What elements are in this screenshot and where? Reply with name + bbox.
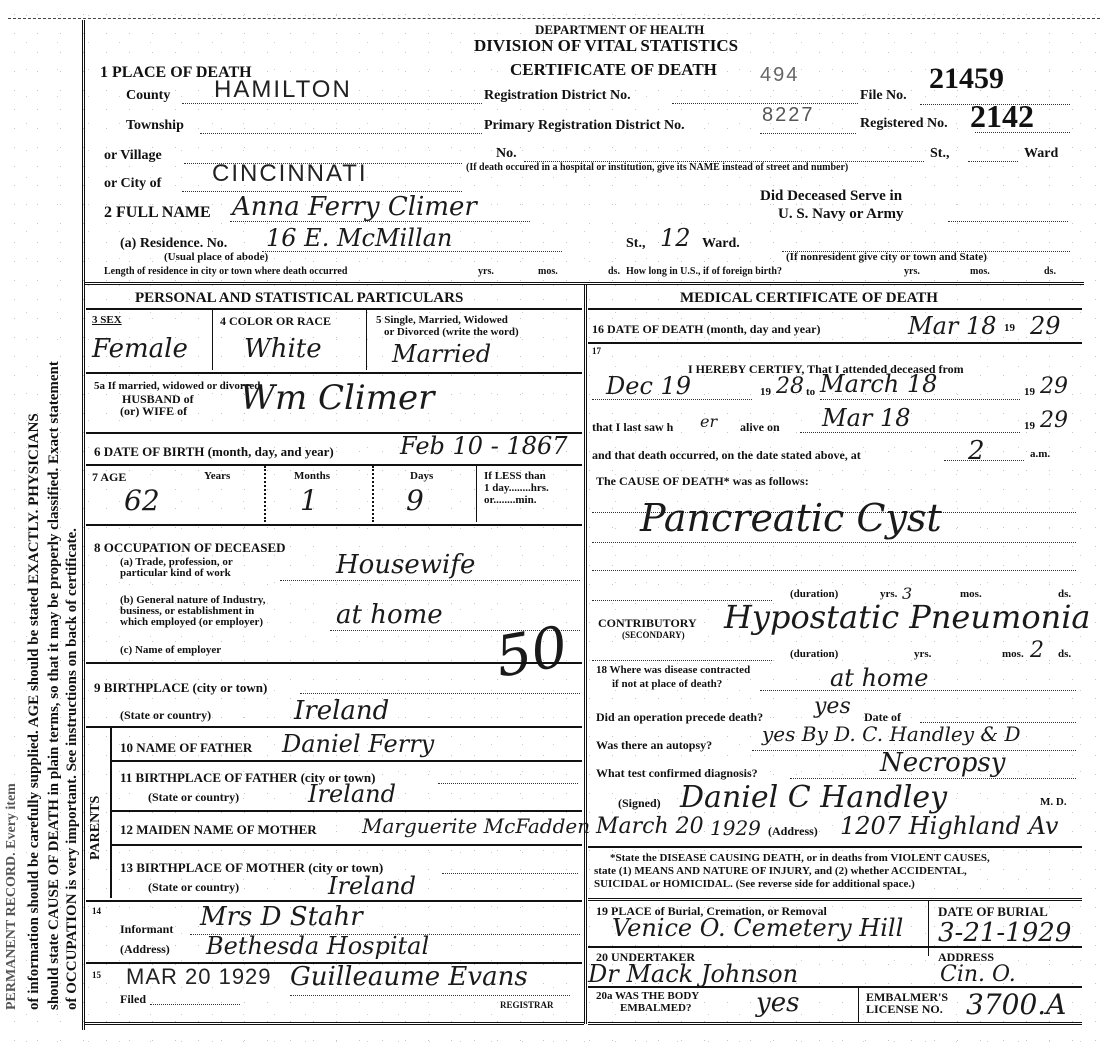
death-occurred-label: and that death occurred, on the date sta… (592, 448, 861, 463)
attended-from-year[interactable]: 28 (776, 374, 804, 399)
primary-registration-number[interactable]: 8227 (762, 104, 815, 127)
hospital-note: (If death occured in a hospital or insti… (466, 162, 848, 173)
race-value[interactable]: White (244, 334, 322, 364)
birthplace-label: 9 BIRTHPLACE (city or town) (94, 680, 267, 696)
street-no-label: No. (496, 146, 517, 162)
age-days-value[interactable]: 9 (406, 484, 424, 517)
license-label-line2: LICENSE NO. (866, 1002, 943, 1017)
father-birthplace-value[interactable]: Ireland (308, 780, 396, 808)
industry-value[interactable]: at home (336, 600, 443, 630)
sex-label: 3 SEX (92, 314, 122, 326)
foreign-mos-label: mos. (970, 266, 990, 277)
personal-section-title: PERSONAL AND STATISTICAL PARTICULARS (135, 290, 463, 307)
contrib-duration-yrs: yrs. (914, 648, 931, 660)
last-saw-year[interactable]: 29 (1040, 408, 1068, 433)
autopsy-label: Was there an autopsy? (596, 738, 712, 753)
signed-year[interactable]: 1929 (710, 816, 761, 840)
attended-to-century: 19 (1024, 386, 1035, 398)
registered-number: 2142 (970, 98, 1034, 135)
signed-label: (Signed) (618, 796, 661, 811)
dob-label: 6 DATE OF BIRTH (month, day, and year) (94, 444, 334, 460)
residence-yrs-label: yrs. (478, 266, 494, 277)
contrib-duration-ds: ds. (1058, 648, 1071, 660)
footnote-line3: SUICIDAL or HOMICIDAL. (See reverse side… (594, 878, 915, 890)
residence-ds-label: ds. (608, 266, 620, 277)
residence-ward-label: Ward. (702, 236, 740, 252)
physician-signature: Daniel C Handley (680, 780, 947, 815)
informant-address-value[interactable]: Bethesda Hospital (206, 932, 429, 960)
md-label: M. D. (1040, 796, 1067, 808)
last-saw-date[interactable]: Mar 18 (822, 404, 911, 432)
test-value[interactable]: Necropsy (880, 748, 1005, 778)
foreign-yrs-label: yrs. (904, 266, 920, 277)
death-time-value[interactable]: 2 (968, 436, 985, 466)
autopsy-value[interactable]: yes By D. C. Handley & D (762, 722, 1021, 746)
registered-no-label: Registered No. (860, 116, 948, 132)
father-state-label: (State or country) (148, 790, 239, 805)
operation-label: Did an operation precede death? (596, 710, 763, 725)
contributory-label: CONTRIBUTORY (598, 616, 697, 631)
full-name-value[interactable]: Anna Ferry Climer (232, 192, 477, 222)
contrib-duration-days[interactable]: 2 (1030, 638, 1044, 663)
residence-mos-label: mos. (538, 266, 558, 277)
primary-registration-label: Primary Registration District No. (484, 118, 685, 134)
medical-section-title: MEDICAL CERTIFICATE OF DEATH (680, 290, 938, 307)
industry-label-line3: which employed (or employer) (120, 616, 263, 628)
trade-label-line2: particular kind of work (120, 567, 231, 579)
city-value[interactable]: CINCINNATI (212, 160, 368, 188)
marital-label-line1: 5 Single, Married, Widowed (376, 314, 508, 326)
cause-of-death-label: The CAUSE OF DEATH* was as follows: (596, 474, 809, 489)
signed-date[interactable]: March 20 (596, 814, 704, 839)
age-label: 7 AGE (92, 470, 126, 485)
date-of-death-label: 16 DATE OF DEATH (month, day and year) (592, 322, 820, 337)
foreign-birth-label: How long in U.S., if of foreign birth? (626, 266, 782, 277)
date-of-death-value[interactable]: Mar 18 (908, 312, 997, 340)
residence-length-label: Length of residence in city or town wher… (104, 266, 347, 277)
contracted-label-line2: if not at place of death? (612, 678, 722, 690)
city-label: or City of (104, 176, 161, 192)
test-label: What test confirmed diagnosis? (596, 766, 758, 781)
last-saw-century: 19 (1024, 420, 1035, 432)
operation-value[interactable]: yes (814, 694, 851, 719)
top-border (8, 18, 1100, 19)
occupation-label: 8 OCCUPATION OF DECEASED (94, 540, 286, 556)
physician-address-label: (Address) (768, 824, 818, 839)
informant-address-label: (Address) (120, 942, 170, 957)
contracted-value[interactable]: at home (830, 664, 928, 692)
residence-value[interactable]: 16 E. McMillan (266, 224, 452, 252)
attended-from-date[interactable]: Dec 19 (606, 372, 691, 400)
undertaker-address-value[interactable]: Cin. O. (940, 962, 1016, 987)
ward-label: Ward (1024, 146, 1058, 162)
abode-note: (Usual place of abode) (164, 251, 268, 263)
employer-label: (c) Name of employer (120, 644, 221, 656)
filed-label: Filed (120, 992, 146, 1007)
years-label: Years (204, 470, 230, 482)
informant-label: Informant (120, 922, 173, 937)
county-label: County (126, 88, 170, 104)
registrar-label: REGISTRAR (500, 1000, 554, 1010)
side-instruction-line3: of OCCUPATION is very important. See ins… (64, 528, 81, 1010)
months-label: Months (294, 470, 330, 482)
date-of-death-year[interactable]: 29 (1030, 312, 1061, 340)
date-of-death-century: 19 (1004, 322, 1015, 334)
navy-question-line2: U. S. Navy or Army (778, 206, 904, 223)
filed-date-stamp: MAR 20 1929 (126, 964, 272, 990)
attended-from-century: 19 (760, 386, 771, 398)
license-number-value[interactable]: 3700.A (966, 988, 1066, 1021)
alive-on-label: alive on (740, 420, 780, 435)
contrib-duration-mos: mos. (1002, 648, 1024, 660)
secondary-label: (SECONDARY) (622, 630, 685, 640)
birthplace-value[interactable]: Ireland (294, 696, 389, 726)
last-saw-pronoun[interactable]: er (700, 412, 717, 431)
stamp-number: 494 (760, 64, 799, 87)
spouse-label-line3: (or) WIFE of (120, 404, 187, 419)
days-label: Days (410, 470, 433, 482)
side-instruction-line2: should state CAUSE OF DEATH in plain ter… (46, 361, 63, 1010)
race-label: 4 COLOR OR RACE (220, 314, 331, 329)
navy-question-line1: Did Deceased Serve in (760, 188, 902, 205)
death-time-ampm: a.m. (1030, 448, 1050, 460)
informant-number: 14 (92, 906, 101, 916)
to-label: to (806, 386, 815, 398)
embalmed-value[interactable]: yes (756, 988, 799, 1018)
contributory-value[interactable]: Hypostatic Pneumonia (724, 598, 1091, 636)
full-name-label: 2 FULL NAME (104, 204, 211, 222)
county-value[interactable]: HAMILTON (214, 76, 352, 104)
side-instruction-line0: PERMANENT RECORD. Every item (4, 783, 20, 1010)
birthplace-state-label: (State or country) (120, 708, 211, 723)
trade-value[interactable]: Housewife (336, 550, 475, 580)
mother-maiden-name-label: 12 MAIDEN NAME OF MOTHER (120, 822, 317, 838)
footnote-line2: state (1) MEANS AND NATURE OF INJURY, an… (594, 865, 967, 877)
contracted-label-line1: 18 Where was disease contracted (596, 664, 750, 676)
township-label: Township (126, 118, 184, 134)
less-than-label: If LESS than (484, 470, 546, 482)
age-months-value[interactable]: 1 (300, 484, 318, 517)
cause-of-death-value[interactable]: Pancreatic Cyst (640, 496, 942, 540)
mother-maiden-name-value[interactable]: Marguerite McFadden (362, 814, 590, 838)
certificate-title: CERTIFICATE OF DEATH (510, 60, 717, 80)
father-name-label: 10 NAME OF FATHER (120, 740, 252, 756)
embalmed-label-line2: EMBALMED? (620, 1002, 692, 1014)
registrar-signature: Guilleaume Evans (290, 962, 528, 992)
filed-number: 15 (92, 970, 101, 980)
residence-label: (a) Residence. No. (120, 236, 227, 252)
burial-date-value[interactable]: 3-21-1929 (938, 918, 1071, 948)
ward-value[interactable]: 12 (660, 224, 691, 252)
attended-to-year[interactable]: 29 (1040, 374, 1068, 399)
age-years-value[interactable]: 62 (124, 484, 160, 517)
village-label: or Village (104, 148, 162, 164)
file-no-label: File No. (860, 88, 907, 104)
dob-value[interactable]: Feb 10 - 1867 (400, 432, 568, 460)
footnote-line1: *State the DISEASE CAUSING DEATH, or in … (610, 852, 990, 864)
division-title: DIVISION OF VITAL STATISTICS (474, 36, 738, 56)
item-17-number: 17 (592, 346, 601, 356)
attended-to-date[interactable]: March 18 (820, 370, 937, 398)
parents-label: PARENTS (88, 796, 104, 860)
foreign-ds-label: ds. (1044, 266, 1056, 277)
undertaker-value[interactable]: Dr Mack Johnson (588, 960, 798, 988)
minutes-label: or........min. (484, 494, 536, 506)
street-label: St., (930, 146, 949, 162)
mother-birthplace-value[interactable]: Ireland (328, 872, 416, 900)
last-saw-label: that I last saw h (592, 420, 673, 435)
spouse-label-line1: 5a If married, widowed or divorced (94, 380, 260, 392)
registration-district-label: Registration District No. (484, 88, 631, 104)
mother-state-label: (State or country) (148, 880, 239, 895)
margin-code: 50 (491, 614, 572, 690)
file-number: 21459 (929, 62, 1004, 96)
residence-street-label: St., (626, 236, 645, 252)
embalmed-label-line1: 20a WAS THE BODY (596, 990, 699, 1002)
physician-address-value[interactable]: 1207 Highland Av (840, 812, 1058, 840)
marital-value[interactable]: Married (392, 340, 491, 368)
side-instruction-line1: of information should be carefully suppl… (26, 413, 43, 1010)
marital-label-line2: or Divorced (write the word) (384, 326, 519, 338)
contrib-duration-label: (duration) (790, 648, 838, 660)
sex-value[interactable]: Female (92, 334, 188, 364)
father-name-value[interactable]: Daniel Ferry (282, 730, 434, 758)
informant-value[interactable]: Mrs D Stahr (200, 902, 363, 932)
burial-place-value[interactable]: Venice O. Cemetery Hill (612, 914, 903, 942)
spouse-value[interactable]: Wm Climer (240, 378, 434, 418)
hours-label: 1 day........hrs. (484, 482, 549, 494)
left-border (82, 20, 85, 1030)
nonresident-note: (If nonresident give city or town and St… (786, 251, 987, 263)
